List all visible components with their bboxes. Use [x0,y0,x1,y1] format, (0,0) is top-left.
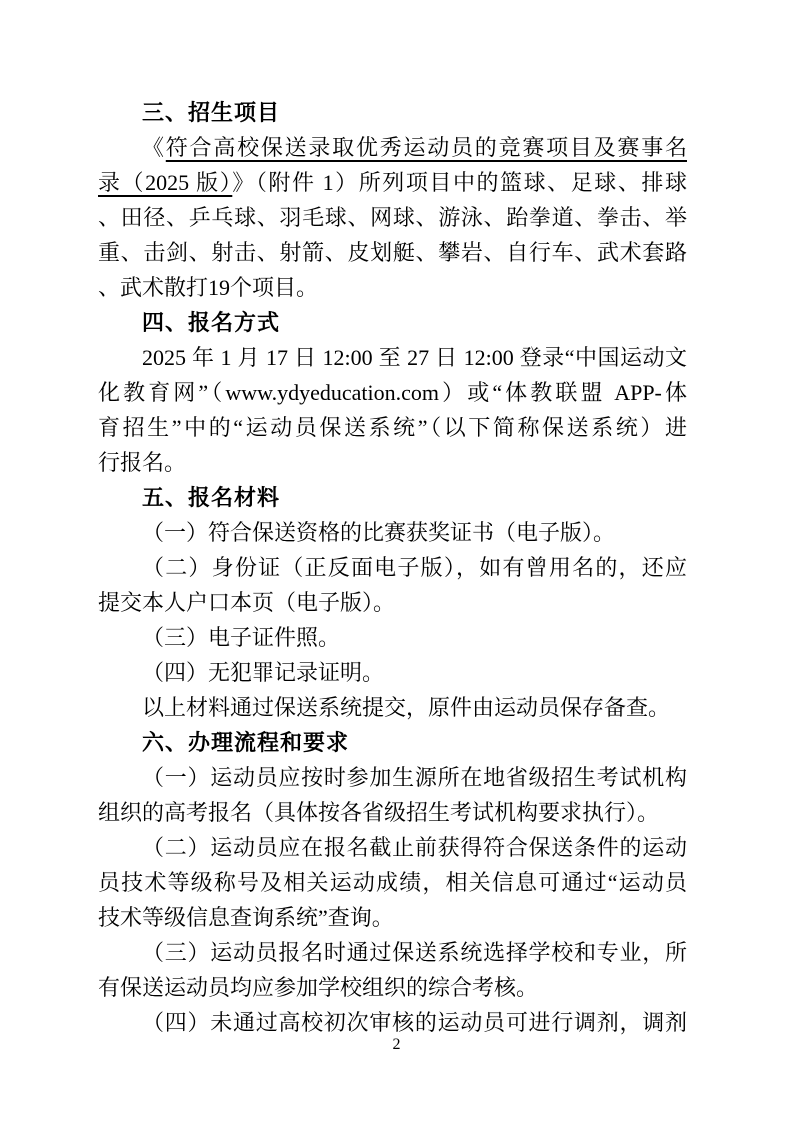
text-line: 提交本人户口本页（电子版）。 [98,585,687,620]
text-segment: 《 [142,135,166,160]
text-line: 组织的高考报名（具体按各省级招生考试机构要求执行）。 [98,795,687,830]
text-line: （一）运动员应按时参加生源所在地省级招生考试机构 [98,760,687,795]
text-line: 、武术散打19个项目。 [98,270,687,305]
text-segment: 三、招生项目 [142,100,280,125]
text-line: （三）运动员报名时通过保送系统选择学校和专业，所 [98,935,687,970]
text-segment: 提交本人户口本页（电子版）。 [98,590,395,615]
text-line: 员技术等级称号及相关运动成绩，相关信息可通过“运动员 [98,865,687,900]
underlined-text: 录（2025 版） [98,170,232,195]
text-line: 以上材料通过保送系统提交，原件由运动员保存备查。 [98,690,687,725]
text-segment: （二）运动员应在报名截止前获得符合保送条件的运动 [142,835,687,860]
text-segment: （二）身份证（正反面电子版），如有曾用名的，还应 [142,555,687,580]
text-segment: （三）电子证件照。 [142,625,340,650]
text-line: 有保送运动员均应参加学校组织的综合考核。 [98,970,687,1005]
text-segment: 六、办理流程和要求 [142,730,349,755]
text-segment: 、武术散打19个项目。 [98,275,318,300]
text-line: 育招生”中的“运动员保送系统”（以下简称保送系统）进 [98,410,687,445]
section-heading: 五、报名材料 [98,480,687,515]
text-line: 行报名。 [98,445,687,480]
text-segment: 、田径、乒乓球、羽毛球、网球、游泳、跆拳道、拳击、举 [98,205,687,230]
text-line: 、田径、乒乓球、羽毛球、网球、游泳、跆拳道、拳击、举 [98,200,687,235]
text-segment: 行报名。 [98,450,186,475]
text-segment: 育招生”中的“运动员保送系统”（以下简称保送系统）进 [98,415,687,440]
text-line: （四）未通过高校初次审核的运动员可进行调剂，调剂 [98,1005,687,1040]
text-segment: 技术等级信息查询系统”查询。 [98,905,394,930]
section-heading: 三、招生项目 [98,95,687,130]
text-segment: 》（附件 1）所列项目中的篮球、足球、排球 [232,170,687,195]
text-segment: 有保送运动员均应参加学校组织的综合考核。 [98,975,538,1000]
section-heading: 四、报名方式 [98,305,687,340]
text-segment: 重、击剑、射击、射箭、皮划艇、攀岩、自行车、武术套路 [98,240,687,265]
text-segment: （一）符合保送资格的比赛获奖证书（电子版）。 [142,520,615,545]
text-segment: （三）运动员报名时通过保送系统选择学校和专业，所 [142,940,687,965]
text-line: 技术等级信息查询系统”查询。 [98,900,687,935]
text-segment: 组织的高考报名（具体按各省级招生考试机构要求执行）。 [98,800,659,825]
document-page: 三、招生项目《符合高校保送录取优秀运动员的竞赛项目及赛事名录（2025 版）》（… [0,0,793,1122]
text-line: 录（2025 版）》（附件 1）所列项目中的篮球、足球、排球 [98,165,687,200]
text-segment: 以上材料通过保送系统提交，原件由运动员保存备查。 [142,695,670,720]
text-line: （一）符合保送资格的比赛获奖证书（电子版）。 [98,515,687,550]
underlined-text: 符合高校保送录取优秀运动员的竞赛项目及赛事名 [166,135,687,160]
text-segment: （四）无犯罪记录证明。 [142,660,384,685]
text-segment: （四）未通过高校初次审核的运动员可进行调剂，调剂 [142,1010,687,1035]
text-line: （三）电子证件照。 [98,620,687,655]
text-line: 2025 年 1 月 17 日 12:00 至 27 日 12:00 登录“中国… [98,340,687,375]
text-line: （二）运动员应在报名截止前获得符合保送条件的运动 [98,830,687,865]
text-segment: 2025 年 1 月 17 日 12:00 至 27 日 12:00 登录“中国… [142,345,687,370]
text-line: 《符合高校保送录取优秀运动员的竞赛项目及赛事名 [98,130,687,165]
section-heading: 六、办理流程和要求 [98,725,687,760]
text-segment: 五、报名材料 [142,485,280,510]
text-segment: 员技术等级称号及相关运动成绩，相关信息可通过“运动员 [98,870,687,895]
text-line: （四）无犯罪记录证明。 [98,655,687,690]
text-line: 重、击剑、射击、射箭、皮划艇、攀岩、自行车、武术套路 [98,235,687,270]
page-number: 2 [0,1036,793,1054]
text-segment: （一）运动员应按时参加生源所在地省级招生考试机构 [142,765,687,790]
text-line: 化教育网”（www.ydyeducation.com）或“体教联盟 APP-体 [98,375,687,410]
text-line: （二）身份证（正反面电子版），如有曾用名的，还应 [98,550,687,585]
text-segment: 四、报名方式 [142,310,280,335]
document-body: 三、招生项目《符合高校保送录取优秀运动员的竞赛项目及赛事名录（2025 版）》（… [98,95,687,1040]
text-segment: 化教育网”（www.ydyeducation.com）或“体教联盟 APP-体 [98,380,687,405]
